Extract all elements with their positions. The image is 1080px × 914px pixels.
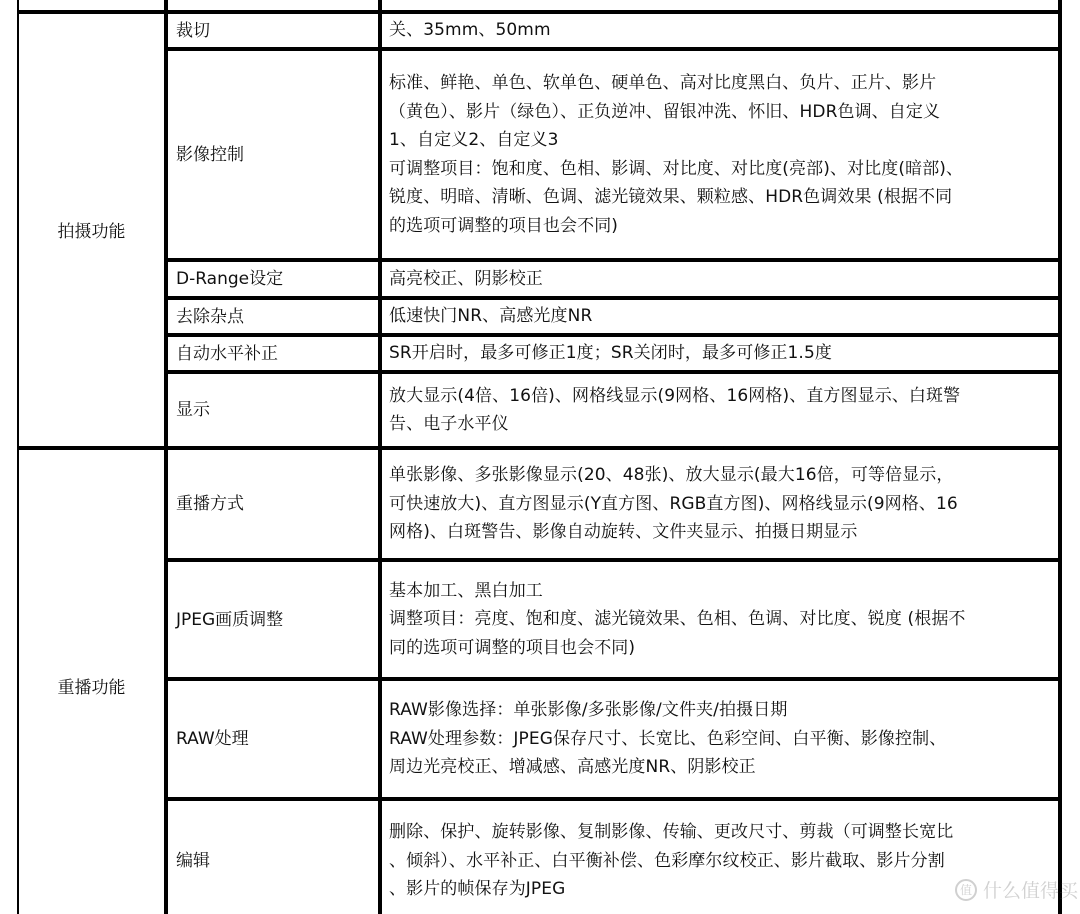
- spec-table: 拍摄功能 裁切 关、35mm、50mm 影像控制 标准、鲜艳、单色、软单色、硬单…: [17, 0, 1062, 914]
- row-desc-auto-horizon: SR开启时，最多可修正1度；SR关闭时，最多可修正1.5度: [382, 337, 1058, 370]
- group-label-shooting: 拍摄功能: [19, 14, 164, 446]
- group-label-text: 拍摄功能: [58, 218, 126, 246]
- group-label-text: 重播功能: [58, 674, 126, 702]
- row-desc-image-control: 标准、鲜艳、单色、软单色、硬单色、高对比度黑白、负片、正片、影片 （黄色）、影片…: [382, 51, 1058, 258]
- row-desc-display: 放大显示(4倍、16倍)、网格线显示(9网格、16网格)、直方图显示、白斑警 告…: [382, 374, 1058, 446]
- row-item-playback-mode: 重播方式: [168, 450, 378, 558]
- table-border-right: [1058, 0, 1062, 914]
- row-item-edit: 编辑: [168, 801, 378, 914]
- row-desc-d-range: 高亮校正、阴影校正: [382, 262, 1058, 296]
- row-item-display: 显示: [168, 374, 378, 446]
- row-desc-edit: 删除、保护、旋转影像、复制影像、传输、更改尺寸、剪裁（可调整长宽比 、倾斜）、水…: [382, 801, 1058, 914]
- row-item-image-control: 影像控制: [168, 51, 378, 258]
- row-item-crop: 裁切: [168, 14, 378, 47]
- cropped-row-desc: [382, 0, 1058, 10]
- row-item-noise-reduction: 去除杂点: [168, 300, 378, 333]
- row-desc-raw-processing: RAW影像选择：单张影像/多张影像/文件夹/拍摄日期 RAW处理参数：JPEG保…: [382, 681, 1058, 797]
- row-item-auto-horizon: 自动水平补正: [168, 337, 378, 370]
- row-desc-playback-mode: 单张影像、多张影像显示(20、48张)、放大显示(最大16倍，可等倍显示， 可快…: [382, 450, 1058, 558]
- row-item-d-range: D-Range设定: [168, 262, 378, 296]
- group-label-playback: 重播功能: [19, 450, 164, 914]
- row-item-jpeg-adjust: JPEG画质调整: [168, 562, 378, 677]
- row-desc-noise-reduction: 低速快门NR、高感光度NR: [382, 300, 1058, 333]
- row-item-raw-processing: RAW处理: [168, 681, 378, 797]
- cropped-row-item: [168, 0, 378, 10]
- row-desc-crop: 关、35mm、50mm: [382, 14, 1058, 47]
- row-desc-jpeg-adjust: 基本加工、黑白加工 调整项目：亮度、饱和度、滤光镜效果、色相、色调、对比度、锐度…: [382, 562, 1058, 677]
